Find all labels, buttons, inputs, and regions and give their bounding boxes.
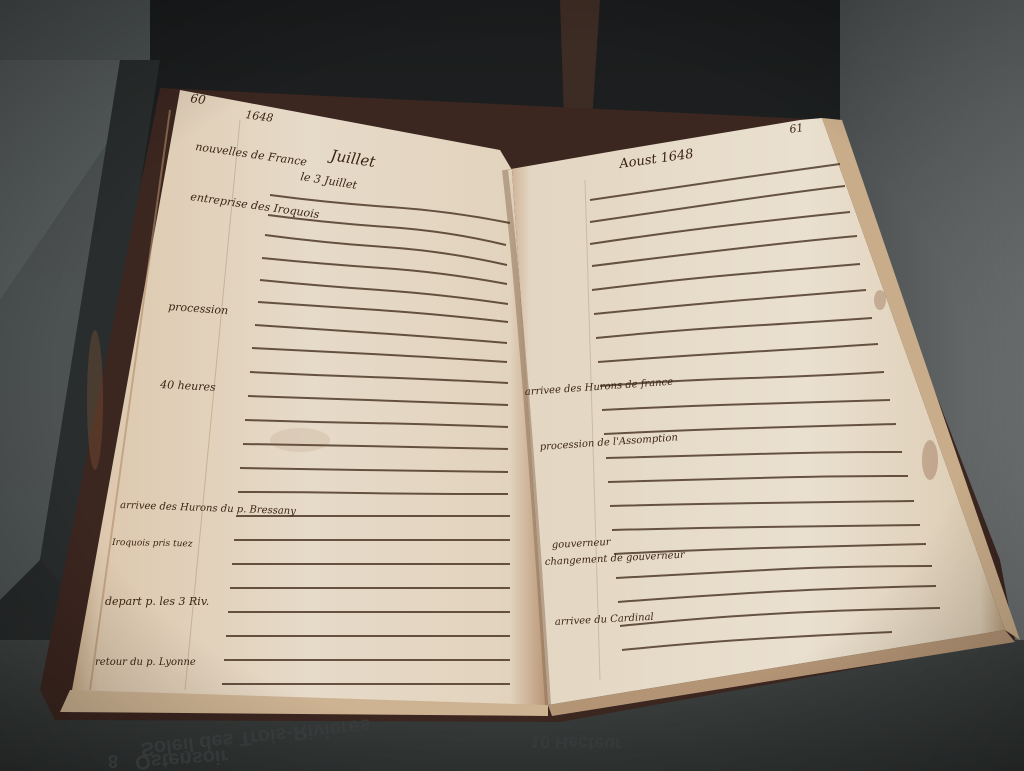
reflected-label-number: 8: [108, 750, 118, 771]
reflected-label-3: 10 Hecteur: [530, 730, 623, 754]
photo-canvas: 60 1648 Juillet nouvelles de France entr…: [0, 0, 1024, 771]
museum-photo: 60 1648 Juillet nouvelles de France entr…: [0, 0, 1024, 771]
